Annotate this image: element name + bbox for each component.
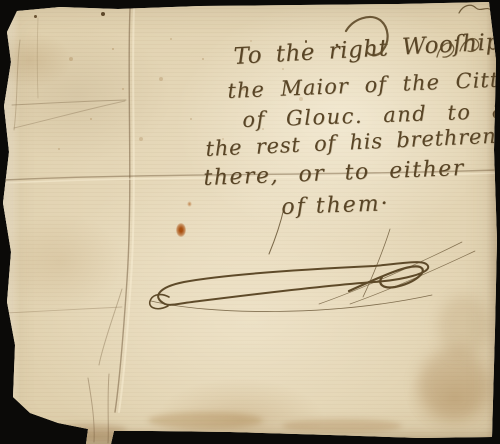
ink-speck <box>34 15 37 18</box>
letter-photograph: To the right Wooſhippfull the Maior of t… <box>0 0 500 444</box>
damp-stain <box>282 419 402 433</box>
address-line-5: there, or to either <box>203 156 465 191</box>
paper-foxing-specks <box>0 0 2 2</box>
rust-stain-small <box>187 201 192 207</box>
rust-stain <box>176 223 186 237</box>
letter-paper: To the right Wooſhippfull the Maior of t… <box>0 0 500 444</box>
damp-stain <box>418 348 490 420</box>
address-line-1: To the right Wooſhippfull <box>233 26 500 70</box>
address-line-2: the Maior of the Cittie <box>227 67 500 103</box>
damp-stain <box>438 295 490 357</box>
photo-background: { "scene": { "description": "Photograph … <box>0 0 500 444</box>
ink-speck <box>101 12 105 16</box>
damp-stain <box>148 412 263 429</box>
address-line-6: of them· <box>281 191 390 220</box>
damp-stain <box>52 424 127 436</box>
paraph-flourish <box>150 229 475 312</box>
damp-stain <box>60 432 240 442</box>
